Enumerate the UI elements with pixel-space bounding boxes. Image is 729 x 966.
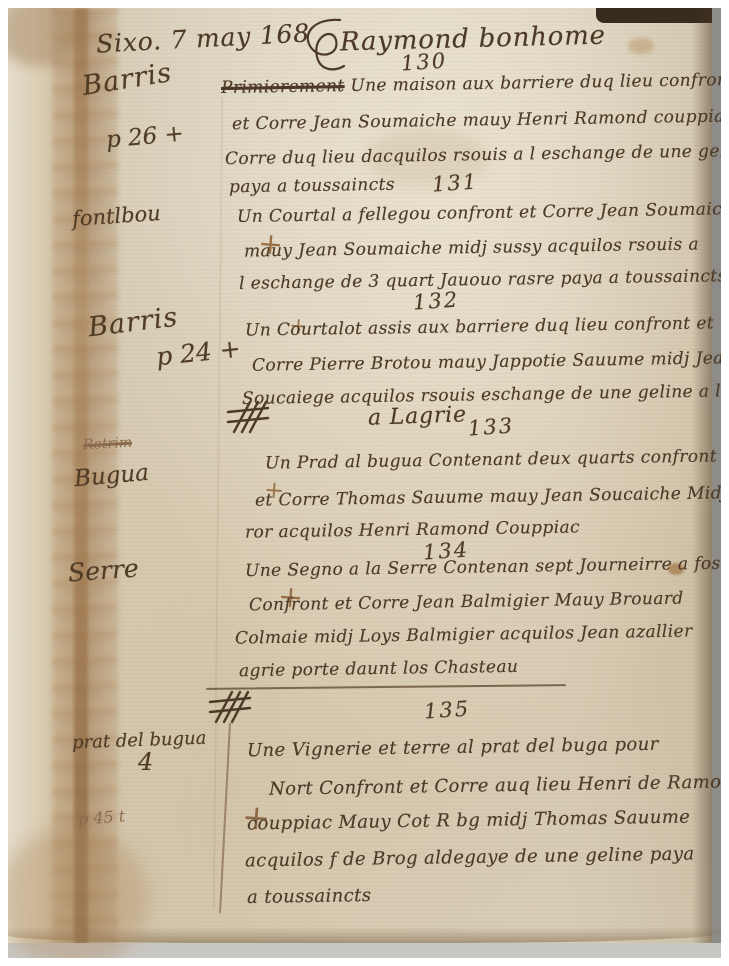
entry-line: Nort Confront et Corre auq lieu Henri de… — [269, 773, 721, 798]
scanned-manuscript-page: Sixo. 7 may 168 Raymond bonhome 130 Barr… — [0, 0, 729, 966]
tally-mark-icon — [224, 400, 272, 434]
entry-line: et Corre Jean Soumaiche mauy Henri Ramon… — [232, 108, 721, 134]
entry-line: Primierement Une maison aux barriere duq… — [221, 72, 721, 97]
entry-number: 130 — [400, 48, 448, 75]
entry-line: acquilos f de Brog aldegaye de une gelin… — [245, 845, 695, 870]
entry-line: Corre Pierre Brotou mauy Jappotie Sauume… — [252, 350, 721, 375]
margin-page-ref: p 45 t — [77, 806, 125, 828]
margin-faded-note: Rotrim — [83, 435, 133, 454]
entry-line: agrie porte daunt los Chasteau — [239, 659, 519, 680]
header-name: Raymond bonhome — [340, 23, 606, 56]
entry-number: 131 — [431, 169, 479, 196]
entry-line: couppiac Mauy Cot R bg midj Thomas Sauum… — [247, 809, 691, 834]
paper-stain — [628, 38, 654, 54]
entry-line: Confront et Corre Jean Balmigier Mauy Br… — [249, 591, 684, 615]
entry-line: Un Prad al bugua Contenant deux quarts c… — [265, 448, 717, 472]
margin-number: 4 — [138, 748, 153, 776]
header-date: Sixo. 7 may 168 — [95, 20, 310, 56]
entry-line: Un Courtal a fellegou confront et Corre … — [237, 201, 721, 226]
entry-line: ror acquilos Henri Ramond Couppiac — [245, 519, 580, 541]
margin-rule-line — [213, 98, 223, 908]
section-heading: a Lagrie — [368, 404, 468, 429]
entry-line: l eschange de 3 quart Jauouo rasre paya … — [239, 268, 721, 293]
paper-stain — [8, 828, 148, 958]
tally-mark-icon — [206, 690, 254, 724]
margin-curved-rule — [219, 723, 231, 913]
tally-underline — [206, 684, 566, 689]
entry-number: 133 — [467, 413, 515, 440]
entry-line: Soucaiege acquilos rsouis eschange de un… — [242, 383, 721, 408]
margin-page-ref: p 26 + — [105, 121, 185, 154]
entry-number: 135 — [423, 696, 471, 723]
entry-line: paya a toussaincts — [229, 177, 395, 197]
margin-place-name: Serre — [67, 554, 139, 588]
entry-line: Corre duq lieu dacquilos rsouis a l esch… — [225, 143, 721, 168]
entry-line: Un Courtalot assis aux barriere duq lieu… — [245, 315, 714, 339]
entry-line: et Corre Thomas Sauume mauy Jean Soucaic… — [255, 485, 721, 509]
struck-word: Primierement — [221, 76, 345, 98]
margin-place-name: Bugua — [73, 460, 150, 492]
entry-line: Colmaie midj Loys Balmigier acquilos Jea… — [235, 623, 693, 647]
margin-page-ref: p 24 + — [155, 334, 242, 372]
margin-faded-text: Rotrim — [83, 435, 133, 454]
entry-line: a toussaincts — [247, 887, 372, 907]
entry-number: 132 — [412, 287, 460, 314]
entry-line: Une Vignerie et terre al prat del buga p… — [247, 736, 659, 760]
entry-line: Une Segno a la Serre Contenan sept Journ… — [245, 555, 721, 580]
manuscript-photo: Sixo. 7 may 168 Raymond bonhome 130 Barr… — [8, 8, 721, 958]
entry-line: mauy Jean Soumaiche midj sussy acquilos … — [244, 236, 699, 260]
margin-place-name: fontlbou — [71, 201, 161, 231]
